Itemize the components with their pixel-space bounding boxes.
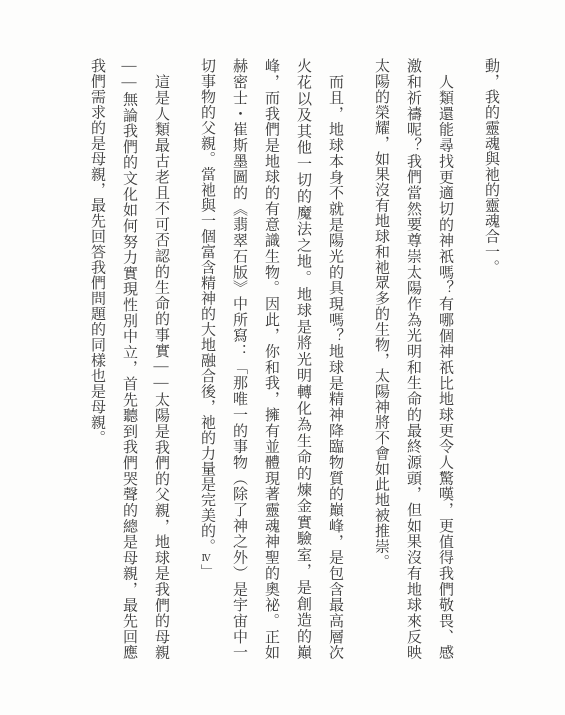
paragraph-father-mother: 這是人類最古老且不可否認的生命的事實——太陽是我們的父親，地球是我們的母親——無… [81, 58, 177, 660]
paragraph-earth-embodiment: 而且，地球本身不就是陽光的具現嗎？地球是精神降臨物質的巔峰，是包含最高層次火花以… [191, 58, 351, 660]
paragraph-sun-god: 人類還能尋找更適切的神祇嗎？有哪個神祇比地球更令人驚嘆，更值得我們敬畏、感激和祈… [365, 58, 461, 660]
closing-quote-mark: 」 [199, 564, 215, 580]
paragraph-continuation: 動，我的靈魂與祂的靈魂合一。 [475, 58, 507, 660]
paragraph-earth-embodiment-text: 而且，地球本身不就是陽光的具現嗎？地球是精神降臨物質的巔峰，是包含最高層次火花以… [199, 58, 343, 660]
vertical-text-block: 動，我的靈魂與祂的靈魂合一。 人類還能尋找更適切的神祇嗎？有哪個神祇比地球更令人… [81, 58, 507, 660]
paragraph-father-mother-text: 這是人類最古老且不可否認的生命的事實——太陽是我們的父親，地球是我們的母親——無… [89, 58, 169, 660]
footnote-marker: Ⅳ [202, 554, 212, 564]
book-page: 動，我的靈魂與祂的靈魂合一。 人類還能尋找更適切的神祇嗎？有哪個神祇比地球更令人… [0, 0, 565, 715]
paragraph-sun-god-text: 人類還能尋找更適切的神祇嗎？有哪個神祇比地球更令人驚嘆，更值得我們敬畏、感激和祈… [373, 58, 453, 660]
paragraph-continuation-text: 動，我的靈魂與祂的靈魂合一。 [483, 58, 499, 275]
